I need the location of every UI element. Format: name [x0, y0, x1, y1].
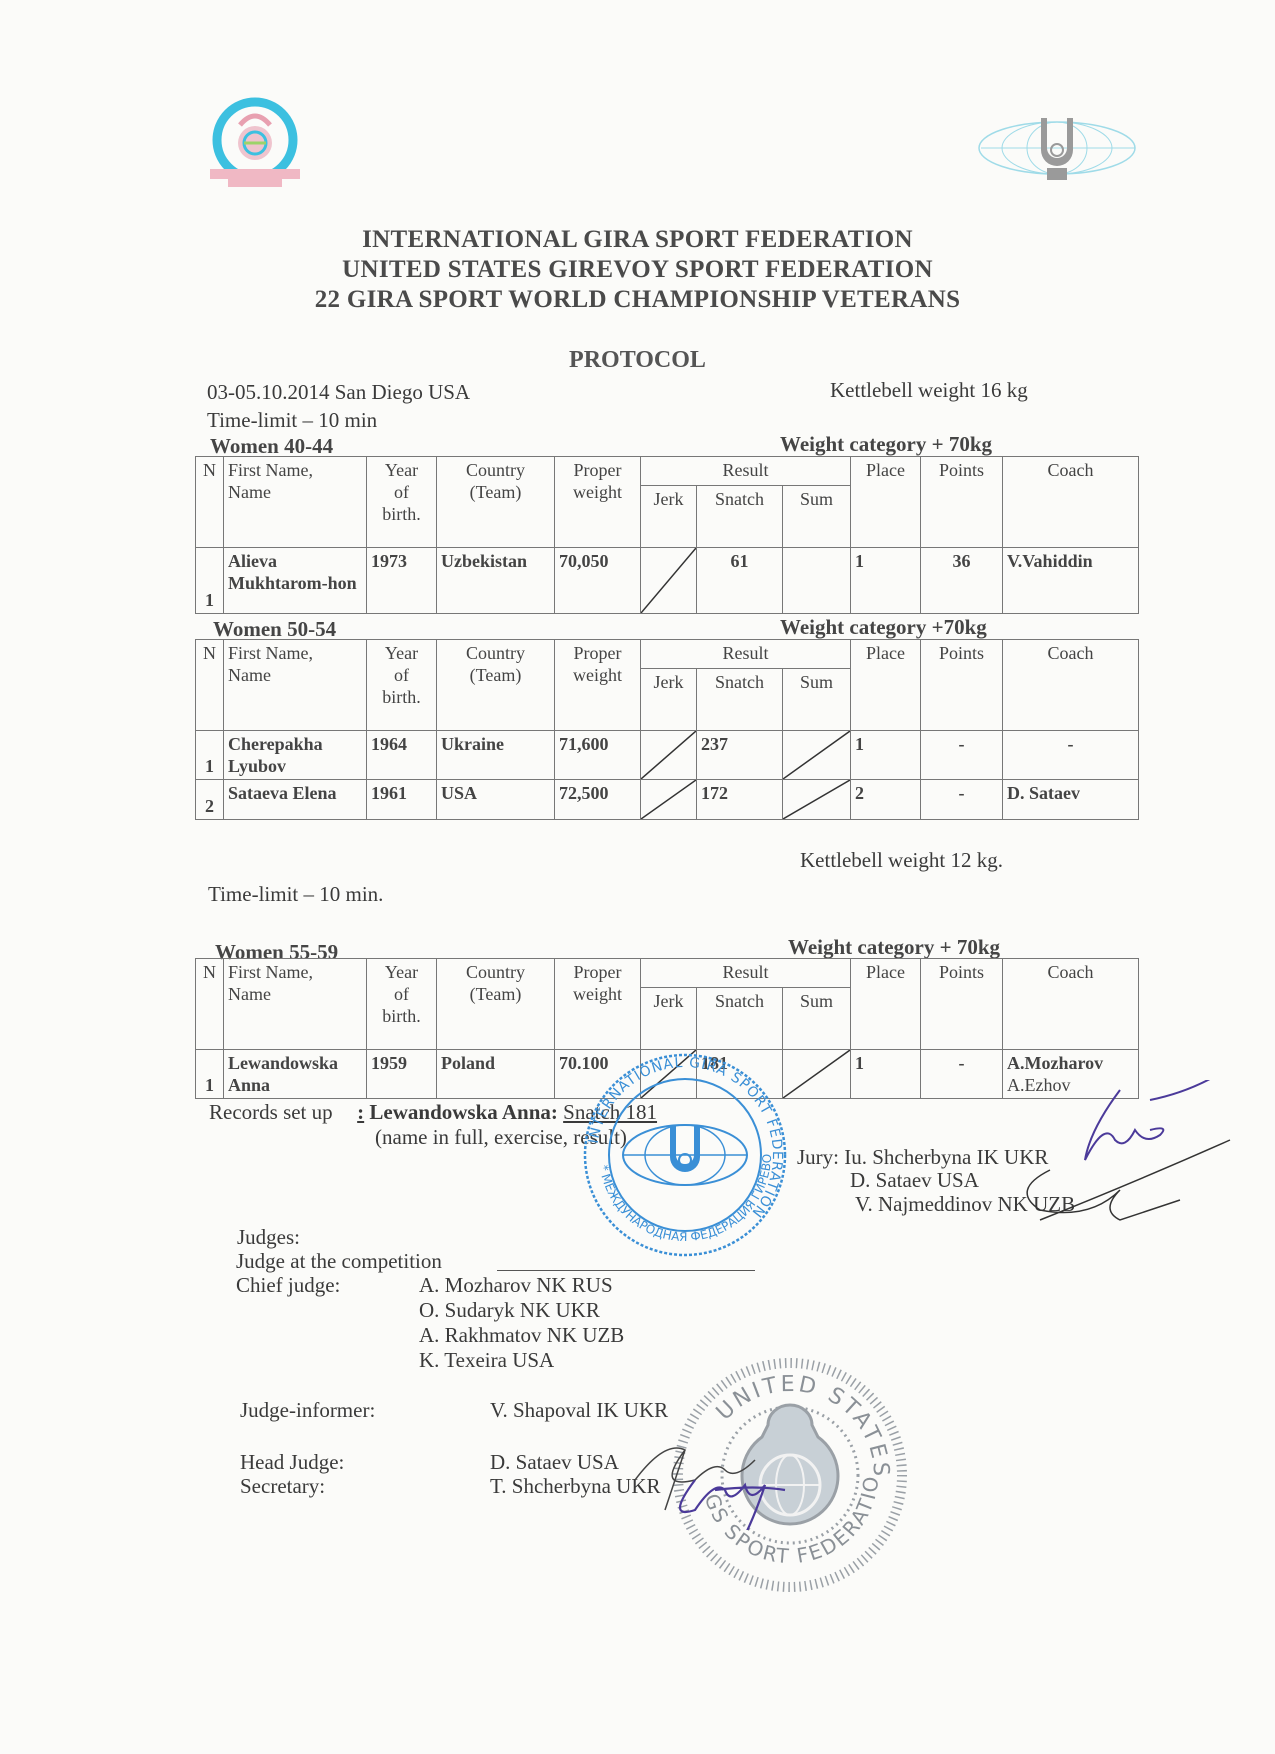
row-number: 1 [196, 548, 224, 614]
coach: - [1003, 731, 1139, 780]
jury-member: D. Sataev USA [850, 1168, 979, 1193]
table-header-row: NFirst Name,NameYearofbirth.Country(Team… [196, 640, 1139, 669]
col-jerk: Jerk [641, 988, 697, 1050]
chief-judge-name: O. Sudaryk NK UKR [419, 1298, 600, 1323]
points: - [921, 780, 1003, 820]
col-place: Place [851, 959, 921, 1050]
weight-category: Weight category + 70kg [788, 935, 1000, 960]
col-points: Points [921, 640, 1003, 731]
proper-weight: 71,600 [555, 731, 641, 780]
col-jerk: Jerk [641, 486, 697, 548]
points: 36 [921, 548, 1003, 614]
judge-at-competition-label: Judge at the competition [236, 1249, 442, 1274]
header-line-2: UNITED STATES GIREVOY SPORT FEDERATION [0, 255, 1275, 285]
jerk-crossed-cell [641, 780, 697, 820]
table-row: 1Alieva Mukhtarom-hon1973Uzbekistan70,05… [196, 548, 1139, 614]
col-weight: Properweight [555, 959, 641, 1050]
col-sum: Sum [783, 669, 851, 731]
jury-label: Jury: [797, 1145, 839, 1169]
col-name: First Name,Name [224, 640, 367, 731]
federation-globe-logo [975, 110, 1140, 190]
col-result: Result [641, 959, 851, 988]
table-row: 1Cherepakha Lyubov1964Ukraine71,6002371-… [196, 731, 1139, 780]
col-n: N [196, 457, 224, 548]
athlete-name: Lewandowska Anna [224, 1050, 367, 1099]
birth-year: 1973 [367, 548, 437, 614]
country: USA [437, 780, 555, 820]
country: Ukraine [437, 731, 555, 780]
col-name: First Name,Name [224, 959, 367, 1050]
sum-cell [783, 1050, 851, 1099]
birth-year: 1964 [367, 731, 437, 780]
country: Uzbekistan [437, 548, 555, 614]
document-title: PROTOCOL [0, 347, 1275, 374]
head-judge-name: D. Sataev USA [490, 1450, 619, 1475]
col-coach: Coach [1003, 959, 1139, 1050]
col-place: Place [851, 640, 921, 731]
header-line-3: 22 GIRA SPORT WORLD CHAMPIONSHIP VETERAN… [0, 285, 1275, 315]
records-label: Records set up [209, 1100, 333, 1124]
row-number: 1 [196, 1050, 224, 1099]
coach: D. Sataev [1003, 780, 1139, 820]
col-n: N [196, 640, 224, 731]
col-result: Result [641, 457, 851, 486]
sum-cell [783, 731, 851, 780]
chief-judge-name: A. Mozharov NK RUS [419, 1273, 613, 1298]
row-number: 1 [196, 731, 224, 780]
birth-year: 1959 [367, 1050, 437, 1099]
place: 2 [851, 780, 921, 820]
federation-stamp-icon: INTERNATIONAL GIRA SPORT FEDERATION * МЕ… [580, 1050, 790, 1260]
jerk-crossed-cell [641, 731, 697, 780]
points: - [921, 1050, 1003, 1099]
results-table: NFirst Name,NameYearofbirth.Country(Team… [195, 456, 1139, 614]
place: 1 [851, 1050, 921, 1099]
jerk-crossed-cell [641, 548, 697, 614]
head-judge-label: Head Judge: [240, 1450, 344, 1475]
jury-signature-icon [1020, 1080, 1260, 1230]
col-jerk: Jerk [641, 669, 697, 731]
secretary-label: Secretary: [240, 1474, 325, 1499]
chief-judge-name: K. Texeira USA [419, 1348, 554, 1373]
proper-weight: 72,500 [555, 780, 641, 820]
table-header-row: NFirst Name,NameYearofbirth.Country(Team… [196, 457, 1139, 486]
col-points: Points [921, 457, 1003, 548]
row-number: 2 [196, 780, 224, 820]
proper-weight: 70,050 [555, 548, 641, 614]
header-line-1: INTERNATIONAL GIRA SPORT FEDERATION [0, 225, 1275, 255]
judge-informer-label: Judge-informer: [240, 1398, 375, 1423]
col-result: Result [641, 640, 851, 669]
snatch-result: 172 [697, 780, 783, 820]
col-snatch: Snatch [697, 669, 783, 731]
col-year: Yearofbirth. [367, 640, 437, 731]
table-row: 2Sataeva Elena1961USA72,5001722-D. Satae… [196, 780, 1139, 820]
kettlebell-weight-16: Kettlebell weight 16 kg [830, 378, 1028, 403]
table-header-row: NFirst Name,NameYearofbirth.Country(Team… [196, 959, 1139, 988]
col-name: First Name,Name [224, 457, 367, 548]
col-country: Country(Team) [437, 959, 555, 1050]
chief-judge-name: A. Rakhmatov NK UZB [419, 1323, 624, 1348]
sum-cell [783, 548, 851, 614]
records-holder: Lewandowska Anna: [369, 1100, 557, 1124]
col-coach: Coach [1003, 640, 1139, 731]
col-year: Yearofbirth. [367, 457, 437, 548]
event-date-place: 03-05.10.2014 San Diego USA [207, 380, 470, 405]
col-year: Yearofbirth. [367, 959, 437, 1050]
sum-cell [783, 780, 851, 820]
coach: V.Vahiddin [1003, 548, 1139, 614]
athlete-name: Cherepakha Lyubov [224, 731, 367, 780]
col-weight: Properweight [555, 640, 641, 731]
jury-member: Iu. Shcherbyna IK UKR [844, 1145, 1048, 1169]
records-colon: : [357, 1100, 364, 1124]
athlete-name: Sataeva Elena [224, 780, 367, 820]
time-limit: Time-limit – 10 min [207, 408, 377, 433]
place: 1 [851, 731, 921, 780]
col-country: Country(Team) [437, 457, 555, 548]
col-snatch: Snatch [697, 486, 783, 548]
time-limit-2: Time-limit – 10 min. [208, 882, 383, 907]
place: 1 [851, 548, 921, 614]
col-snatch: Snatch [697, 988, 783, 1050]
athlete-name: Alieva Mukhtarom-hon [224, 548, 367, 614]
col-place: Place [851, 457, 921, 548]
country: Poland [437, 1050, 555, 1099]
signature-line [497, 1270, 755, 1271]
col-coach: Coach [1003, 457, 1139, 548]
col-sum: Sum [783, 486, 851, 548]
jury-line-1: Jury: Iu. Shcherbyna IK UKR [797, 1145, 1048, 1170]
chief-judge-label: Chief judge: [236, 1273, 340, 1298]
birth-year: 1961 [367, 780, 437, 820]
kettlebell-academy-logo [200, 95, 310, 195]
col-sum: Sum [783, 988, 851, 1050]
judges-label: Judges: [237, 1225, 300, 1250]
col-points: Points [921, 959, 1003, 1050]
weight-category: Weight category + 70kg [780, 432, 992, 457]
col-weight: Properweight [555, 457, 641, 548]
snatch-result: 61 [697, 548, 783, 614]
kettlebell-weight-12: Kettlebell weight 12 kg. [800, 848, 1003, 873]
results-table: NFirst Name,NameYearofbirth.Country(Team… [195, 639, 1139, 820]
col-n: N [196, 959, 224, 1050]
judges-signature-icon [625, 1420, 815, 1530]
snatch-result: 237 [697, 731, 783, 780]
col-country: Country(Team) [437, 640, 555, 731]
points: - [921, 731, 1003, 780]
weight-category: Weight category +70kg [780, 615, 987, 640]
